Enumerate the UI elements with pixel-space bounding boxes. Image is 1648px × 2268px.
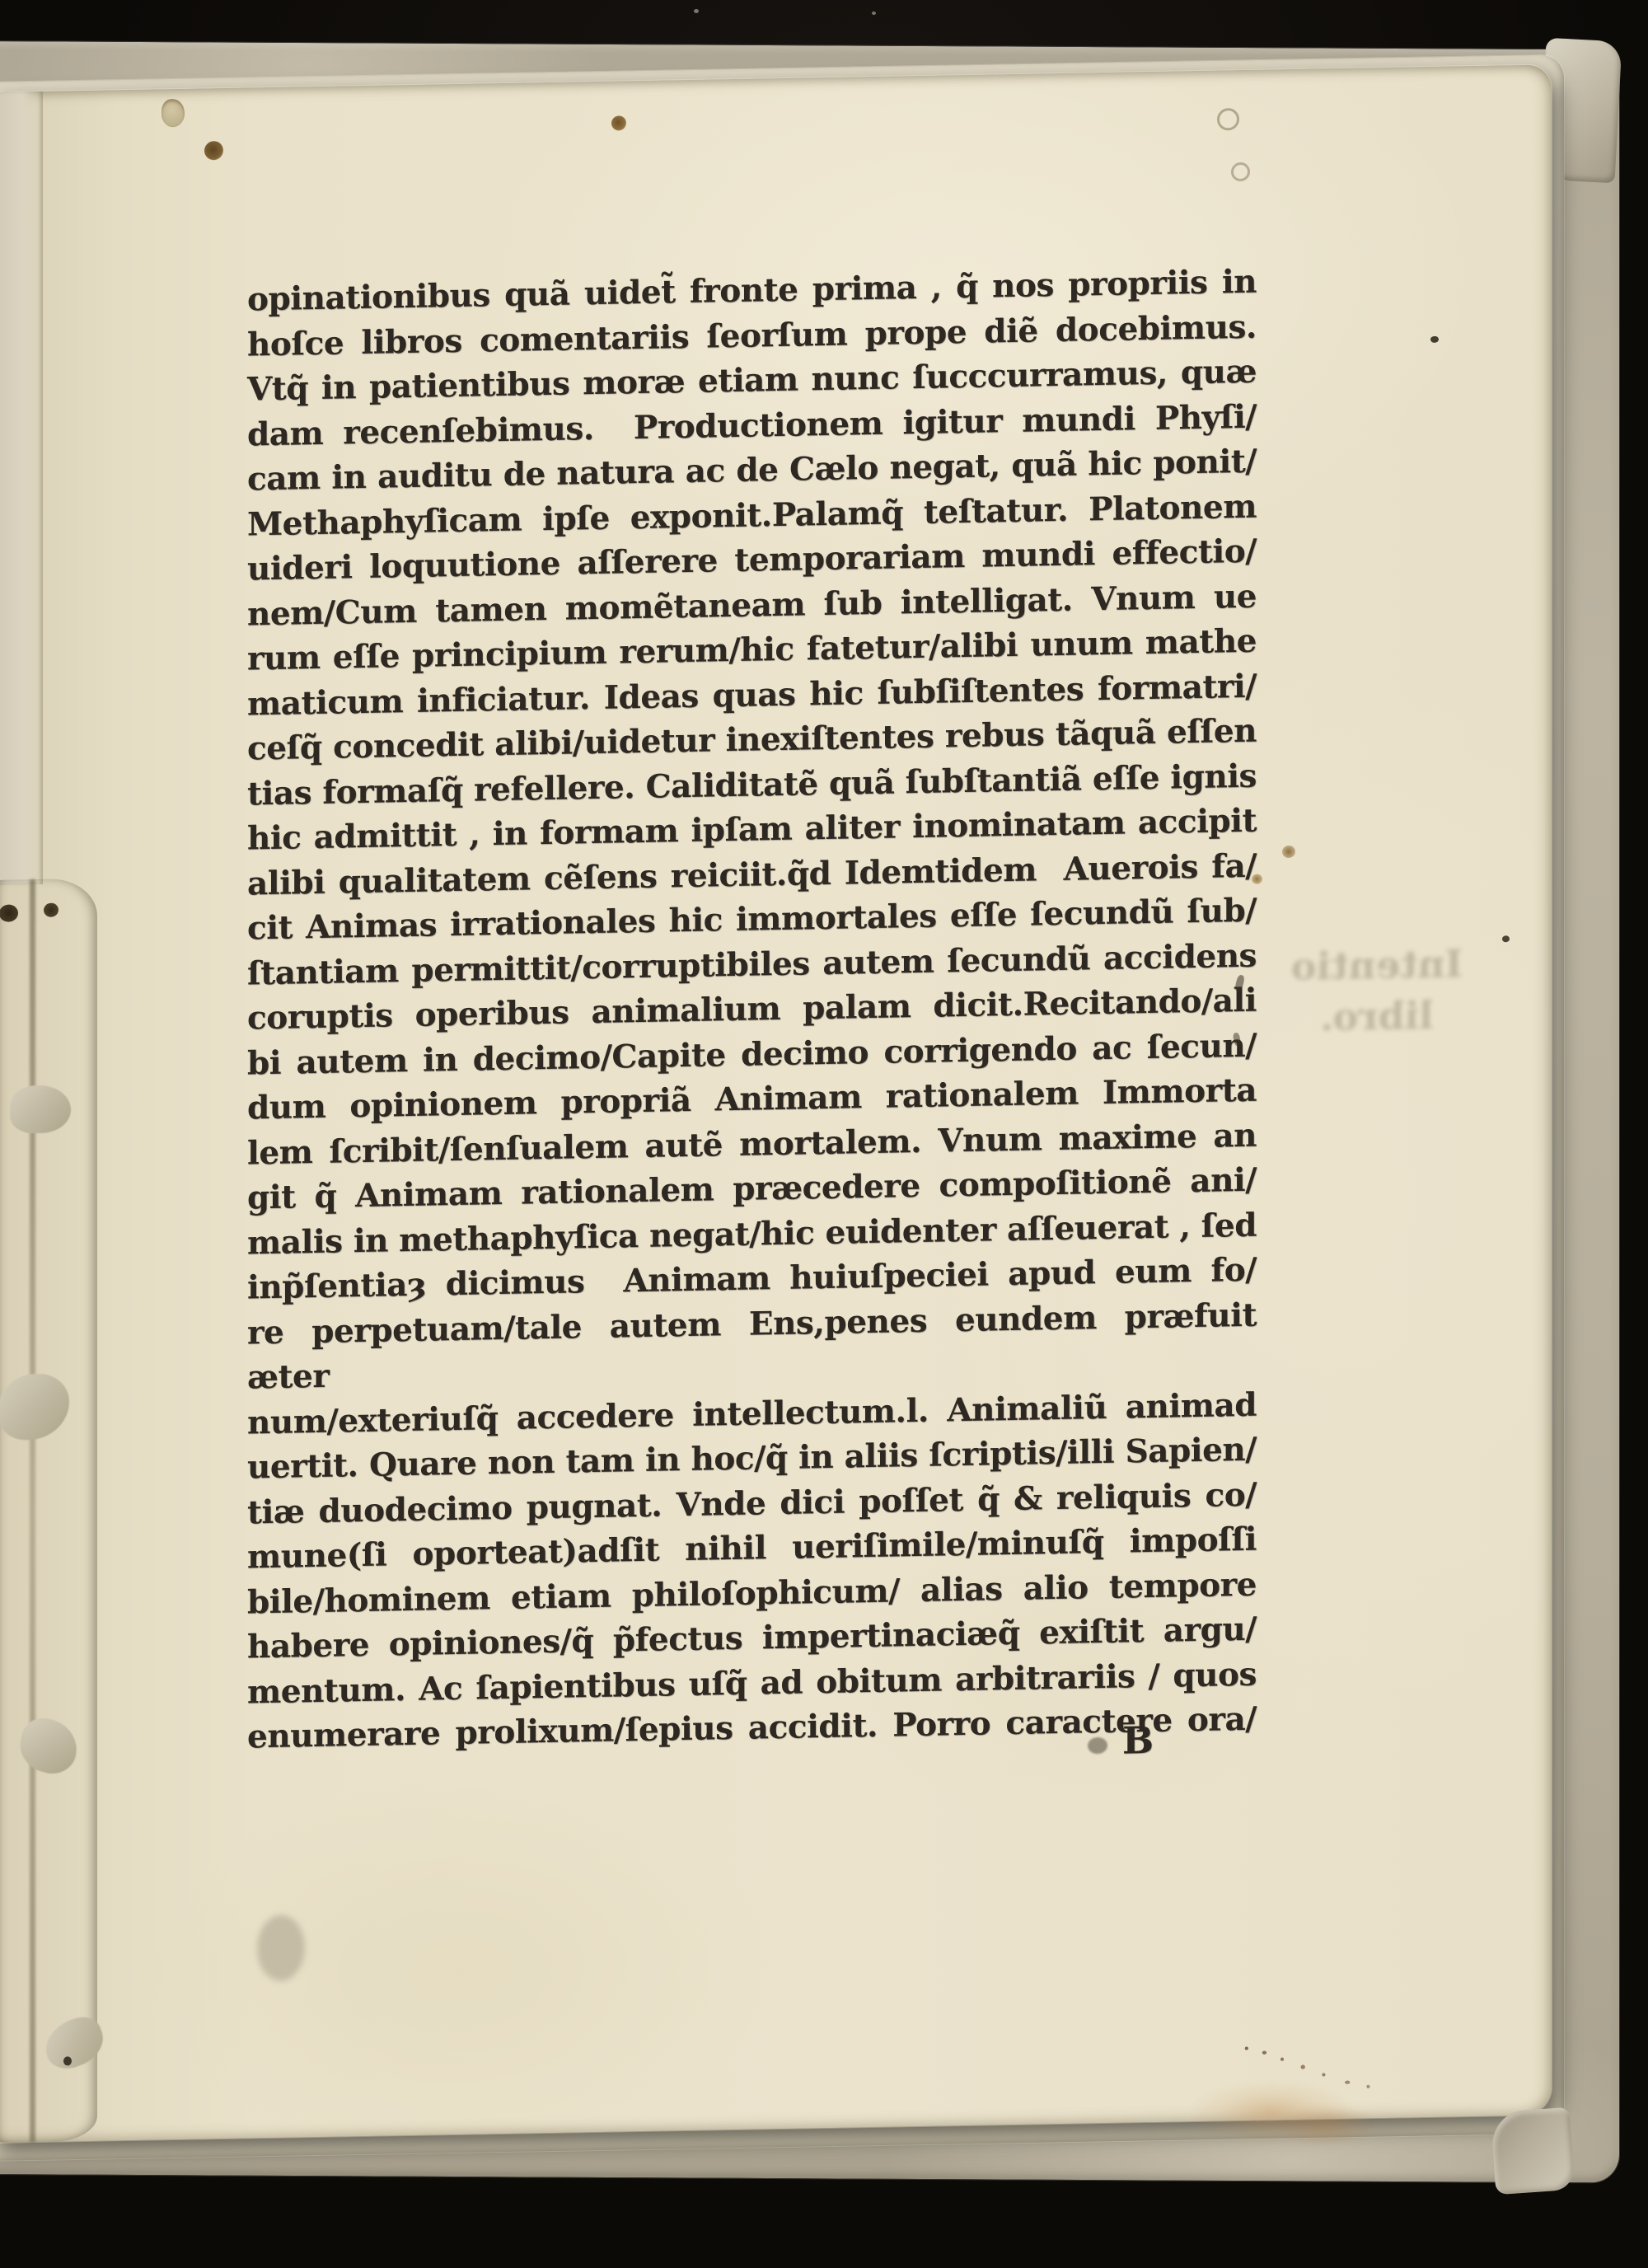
- paper-stub: [14, 1713, 83, 1778]
- ink-speck: [1502, 935, 1510, 942]
- paper-stub: [39, 2011, 110, 2075]
- verso-showthrough: Intentio libro.: [1274, 938, 1480, 1043]
- gray-smudge: [257, 1914, 305, 1981]
- pen-trial-ring: [1217, 108, 1239, 130]
- cover-corner-fold-bottom-right: [1491, 2107, 1575, 2195]
- text-line: re perpetuam/tale autem Ens,penes eundem…: [247, 1292, 1257, 1400]
- fox-spot: [1282, 846, 1295, 858]
- signature-mark: B: [1122, 1718, 1154, 1763]
- paper-stub: [0, 1373, 69, 1441]
- ink-smudge: [1088, 1737, 1107, 1754]
- paper-stub: [10, 1085, 71, 1133]
- dust-speck: [872, 12, 876, 15]
- wormhole: [204, 141, 223, 160]
- scanned-book-photo: opinationibus quã uidet̃ fronte prima , …: [0, 0, 1648, 2268]
- fox-spot: [1252, 874, 1262, 884]
- showthrough-line: Intentio: [1274, 938, 1480, 992]
- gutter-cover-sliver: [0, 91, 43, 885]
- wormhole: [611, 115, 626, 130]
- paper-chip-flaw: [162, 99, 185, 127]
- ink-speck: [1430, 336, 1439, 343]
- pen-trial-ring: [1231, 162, 1250, 181]
- dust-speck: [694, 9, 699, 13]
- showthrough-line: libro.: [1274, 989, 1480, 1043]
- printed-text-block: opinationibus quã uidet̃ fronte prima , …: [247, 260, 1257, 1760]
- binding-crack: [30, 879, 35, 2142]
- book-page: opinationibus quã uidet̃ fronte prima , …: [0, 64, 1552, 2143]
- torn-binding-strip: [0, 879, 97, 2143]
